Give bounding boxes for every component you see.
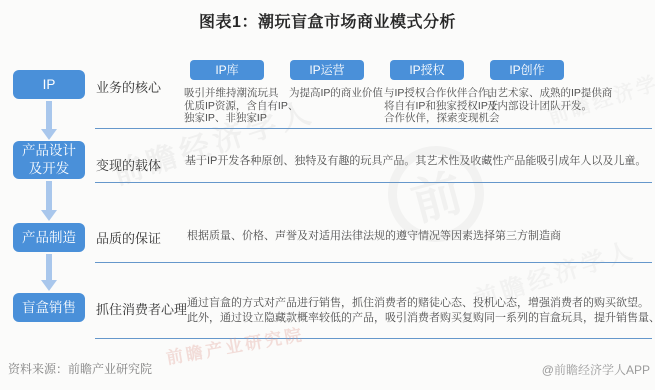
row-desc-quality: 根据质量、价格、声誉及对适用法律法规的遵守情况等因素选择第三方制造商 bbox=[187, 229, 561, 244]
row-divider bbox=[95, 128, 652, 129]
stage-label: 及开发 bbox=[29, 160, 70, 178]
footer-credit: @前瞻经济学人APP bbox=[542, 361, 650, 378]
chart-title: 图表1：潮玩盲盒市场商业模式分析 bbox=[0, 9, 655, 32]
stage-box-ip: IP bbox=[13, 70, 85, 99]
ip-library-pill: IP库 bbox=[190, 60, 264, 80]
ip-license-pill: IP授权 bbox=[390, 60, 464, 80]
ip-creation-pill: IP创作 bbox=[490, 60, 564, 80]
row-label-carrier: 变现的载体 bbox=[96, 155, 161, 174]
watermark-institute: 前瞻产业研究院 bbox=[164, 320, 306, 369]
stage-label: 盲盒销售 bbox=[22, 299, 76, 317]
row-divider bbox=[95, 338, 652, 339]
ip-library-desc: 吸引并维持潮流玩具 优质IP资源，含自有IP、 独家IP、非独家IP bbox=[184, 87, 298, 125]
ip-operation-pill: IP运营 bbox=[290, 60, 364, 80]
row-divider bbox=[95, 262, 652, 263]
stage-label: IP bbox=[43, 76, 56, 94]
stage-box-sales: 盲盒销售 bbox=[13, 293, 85, 322]
ip-license-desc: 与IP授权合作伙伴合作， 将自有IP和独家授权IP于 合作伙伴，探索变现机会 bbox=[384, 87, 500, 125]
row-label-core: 业务的核心 bbox=[96, 77, 161, 96]
row-desc-carrier: 基于IP开发各种原创、独特及有趣的玩具产品。其艺术性及收藏性产品能吸引成年人以及… bbox=[185, 154, 646, 169]
row-divider bbox=[95, 182, 652, 183]
stage-box-manufacture: 产品制造 bbox=[13, 223, 85, 252]
footer-source: 资料来源：前瞻产业研究院 bbox=[8, 360, 152, 377]
down-arrow-icon bbox=[38, 101, 60, 140]
infographic-canvas: 图表1：潮玩盲盒市场商业模式分析 IP 产品设计 及开发 产品制造 盲盒销售 业… bbox=[0, 0, 655, 390]
down-arrow-icon bbox=[38, 181, 60, 221]
ip-operation-desc: 为提高IP的商业价值 bbox=[289, 87, 383, 100]
down-arrow-icon bbox=[38, 254, 60, 291]
row-label-psychology: 抓住消费者心理 bbox=[96, 299, 187, 318]
stage-box-design: 产品设计 及开发 bbox=[13, 141, 85, 179]
stage-label: 产品制造 bbox=[22, 229, 76, 247]
row-desc-psychology: 通过盲盒的方式对产品进行销售，抓住消费者的赌徒心态、投机心态，增强消费者的购买欲… bbox=[187, 296, 655, 326]
stage-label: 产品设计 bbox=[22, 142, 76, 160]
ip-creation-desc: 由艺术家、成熟的IP提供商 及内部设计团队开发。 bbox=[487, 87, 612, 112]
row-label-quality: 品质的保证 bbox=[96, 228, 161, 247]
